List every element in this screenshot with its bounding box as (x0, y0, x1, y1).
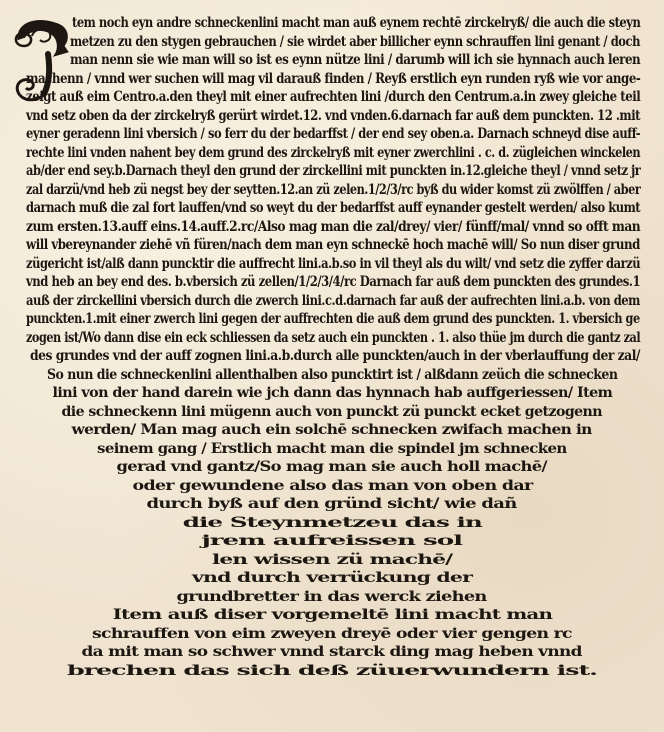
document-page: tem noch eyn andre schneckenlini macht m… (0, 0, 664, 732)
text-line: auß der zirckellini vbersich durch die z… (26, 292, 640, 310)
text-line: will vbereynander ziehē vñ füren/nach de… (26, 236, 640, 254)
text-line: die schneckenn lini mügenn auch von punc… (0, 403, 664, 421)
text-line: tem noch eyn andre schneckenlini macht m… (72, 14, 640, 32)
text-line: des grundes vnd der auff zognen lini.a.b… (30, 347, 640, 365)
text-line: werden/ Man mag auch ein solchē schnecke… (0, 421, 664, 439)
text-line: brechen das sich deß züuerwundern ist. (0, 662, 664, 680)
text-line: man nenn sie wie man will so ist es eynn… (70, 51, 640, 69)
text-line: zal darzü/vnd heb zü negst bey der seytt… (26, 181, 640, 199)
text-line: So nun die schneckenlini allenthalben al… (0, 366, 664, 384)
text-line: vnd setz oben da der zirckelryß gerürt w… (26, 107, 640, 125)
text-line: oder gewundene also das man von oben dar (0, 477, 664, 495)
text-line: rechte lini vnden nahent bey dem grund d… (26, 144, 640, 162)
text-line: die Steynmetzeu das in (0, 514, 664, 532)
text-line: punckten.1.mit einer zwerch lini gegen d… (26, 310, 640, 328)
text-line: durch byß auf den gründ sicht/ wie dañ (0, 495, 664, 513)
text-line: gerad vnd gantz/So mag man sie auch holl… (0, 458, 664, 476)
text-line: schrauffen von eim zweyen dreyē oder vie… (0, 625, 664, 643)
text-line: Item auß diser vorgemeltē lini macht man (0, 606, 664, 624)
text-line: darnach muß die zal fort lauffen/vnd so … (26, 199, 640, 217)
text-line: jrem aufreissen sol (0, 532, 664, 550)
text-line: len wissen zü machē/ (0, 551, 664, 569)
text-line: machenn / vnnd wer suchen will mag vil d… (26, 70, 640, 88)
text-line: metzen zu den stygen gebrauchen / sie wi… (70, 33, 640, 51)
text-line: zum ersten.13.auff eins.14.auff.2.rc/Als… (26, 218, 640, 236)
text-line: grundbretter in das werck ziehen (0, 588, 664, 606)
text-line: vnd heb an bey end des. b.vbersich zü ze… (26, 273, 640, 291)
text-line: eyner geradenn lini vbersich / so ferr d… (26, 125, 640, 143)
text-line: lini von der hand darein wie jch dann da… (0, 384, 664, 402)
text-line: seinem gang / Erstlich macht man die spi… (0, 440, 664, 458)
text-line: da mit man so schwer vnnd starck ding ma… (0, 643, 664, 661)
text-line: vnd durch verrückung der (0, 569, 664, 587)
text-line: zogen ist/Wo dann dise ein eck schliesse… (26, 329, 640, 347)
text-line: ab/der end sey.b.Darnach theyl den grund… (26, 162, 640, 180)
text-line: zügericht ist/alß dann puncktir die auff… (26, 255, 640, 273)
text-line: zeigt auß eim Centro.a.den theyl mit ein… (26, 88, 640, 106)
